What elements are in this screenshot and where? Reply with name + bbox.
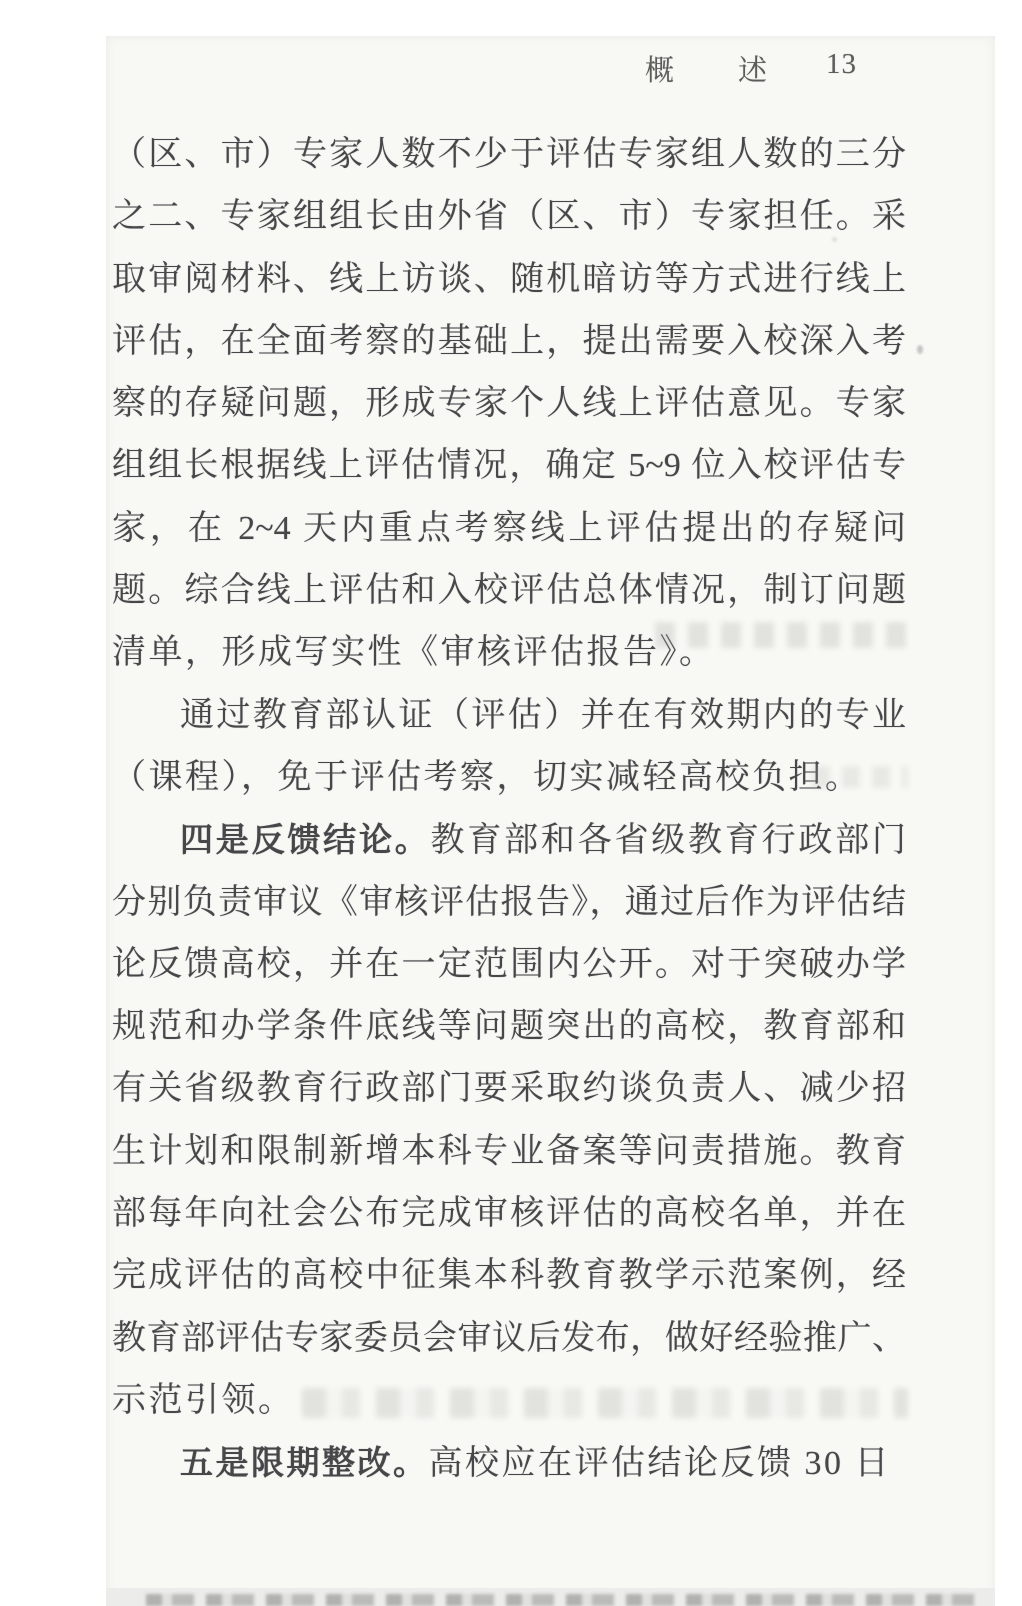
text-line: 之二、专家组组长由外省（区、市）专家担任。采 xyxy=(112,186,906,248)
text-run: 取审阅材料、线上访谈、随机暗访等方式进行线上 xyxy=(112,261,906,298)
cutoff-next-line-band xyxy=(106,1588,995,1606)
cutoff-character-tops xyxy=(146,1594,986,1606)
text-run: 组组长根据线上评估情况，确定 5~9 位入校评估专 xyxy=(112,447,906,484)
text-run: 察的存疑问题，形成专家个人线上评估意见。专家 xyxy=(112,385,906,422)
text-line: 论反馈高校，并在一定范围内公开。对于突破办学 xyxy=(112,934,906,996)
text-line: 五是限期整改。高校应在评估结论反馈 30 日 xyxy=(112,1432,906,1494)
text-line: 清单，形成写实性《审核评估报告》。 xyxy=(112,622,906,684)
text-line: 取审阅材料、线上访谈、随机暗访等方式进行线上 xyxy=(112,249,906,311)
running-head: 概 述 13 xyxy=(106,48,995,82)
text-line: 生计划和限制新增本科专业备案等问责措施。教育 xyxy=(112,1121,906,1183)
text-line: 家，在 2~4 天内重点考察线上评估提出的存疑问 xyxy=(112,498,906,560)
text-run: 分别负责审议《审核评估报告》，通过后作为评估结 xyxy=(112,884,906,921)
text-line: 有关省级教育行政部门要采取约谈负责人、减少招 xyxy=(112,1058,906,1120)
text-run: 教育部评估专家委员会审议后发布，做好经验推广、 xyxy=(112,1320,906,1357)
text-line: 教育部评估专家委员会审议后发布，做好经验推广、 xyxy=(112,1308,906,1370)
text-run: 之二、专家组组长由外省（区、市）专家担任。采 xyxy=(112,198,906,235)
text-line: 题。综合线上评估和入校评估总体情况，制订问题 xyxy=(112,560,906,622)
text-line: 组组长根据线上评估情况，确定 5~9 位入校评估专 xyxy=(112,435,906,497)
text-run: （课程），免于评估考察，切实减轻高校负担。 xyxy=(112,759,862,796)
text-run: 通过教育部认证（评估）并在有效期内的专业 xyxy=(180,697,906,734)
text-run: 部每年向社会公布完成审核评估的高校名单，并在 xyxy=(112,1195,906,1232)
text-line: 完成评估的高校中征集本科教育教学示范案例，经 xyxy=(112,1245,906,1307)
text-line: 评估，在全面考察的基础上，提出需要入校深入考 xyxy=(112,311,906,373)
text-line: 通过教育部认证（评估）并在有效期内的专业 xyxy=(112,685,906,747)
text-run: 教育部和各省级教育行政部门 xyxy=(431,822,906,859)
text-line: 分别负责审议《审核评估报告》，通过后作为评估结 xyxy=(112,872,906,934)
text-line: 示范引领。 xyxy=(112,1370,906,1432)
text-run: 论反馈高校，并在一定范围内公开。对于突破办学 xyxy=(112,946,906,983)
text-run: 题。综合线上评估和入校评估总体情况，制订问题 xyxy=(112,572,906,609)
text-run: 评估，在全面考察的基础上，提出需要入校深入考 xyxy=(112,323,906,360)
text-line: 规范和办学条件底线等问题突出的高校，教育部和 xyxy=(112,996,906,1058)
text-line: （区、市）专家人数不少于评估专家组人数的三分 xyxy=(112,124,906,186)
text-line: 部每年向社会公布完成审核评估的高校名单，并在 xyxy=(112,1183,906,1245)
text-run: 完成评估的高校中征集本科教育教学示范案例，经 xyxy=(112,1257,906,1294)
page-number: 13 xyxy=(826,48,857,81)
text-run: （区、市）专家人数不少于评估专家组人数的三分 xyxy=(112,136,906,173)
text-line: 察的存疑问题，形成专家个人线上评估意见。专家 xyxy=(112,373,906,435)
text-line: 四是反馈结论。教育部和各省级教育行政部门 xyxy=(112,809,906,871)
text-run: 规范和办学条件底线等问题突出的高校，教育部和 xyxy=(112,1008,906,1045)
text-run: 示范引领。 xyxy=(112,1382,295,1419)
scan-speck xyxy=(832,237,837,242)
page-scan-area: 概 述 13 （区、市）专家人数不少于评估专家组人数的三分之二、专家组组长由外省… xyxy=(106,36,995,1606)
text-run: 高校应在评估结论反馈 30 日 xyxy=(429,1445,892,1482)
text-run: 家，在 2~4 天内重点考察线上评估提出的存疑问 xyxy=(112,510,906,547)
text-line: （课程），免于评估考察，切实减轻高校负担。 xyxy=(112,747,906,809)
running-head-title-char: 概 xyxy=(645,48,675,89)
bold-lead: 四是反馈结论。 xyxy=(180,821,431,858)
text-run: 生计划和限制新增本科专业备案等问责措施。教育 xyxy=(112,1133,906,1170)
text-run: 清单，形成写实性《审核评估报告》。 xyxy=(112,634,716,671)
running-head-title-char: 述 xyxy=(738,48,768,89)
page-body-text: （区、市）专家人数不少于评估专家组人数的三分之二、专家组组长由外省（区、市）专家… xyxy=(112,124,906,1495)
bold-lead: 五是限期整改。 xyxy=(180,1444,429,1481)
scanned-book-page: 概 述 13 （区、市）专家人数不少于评估专家组人数的三分之二、专家组组长由外省… xyxy=(0,0,1022,1606)
scan-speck xyxy=(917,345,923,354)
text-run: 有关省级教育行政部门要采取约谈负责人、减少招 xyxy=(112,1070,906,1107)
